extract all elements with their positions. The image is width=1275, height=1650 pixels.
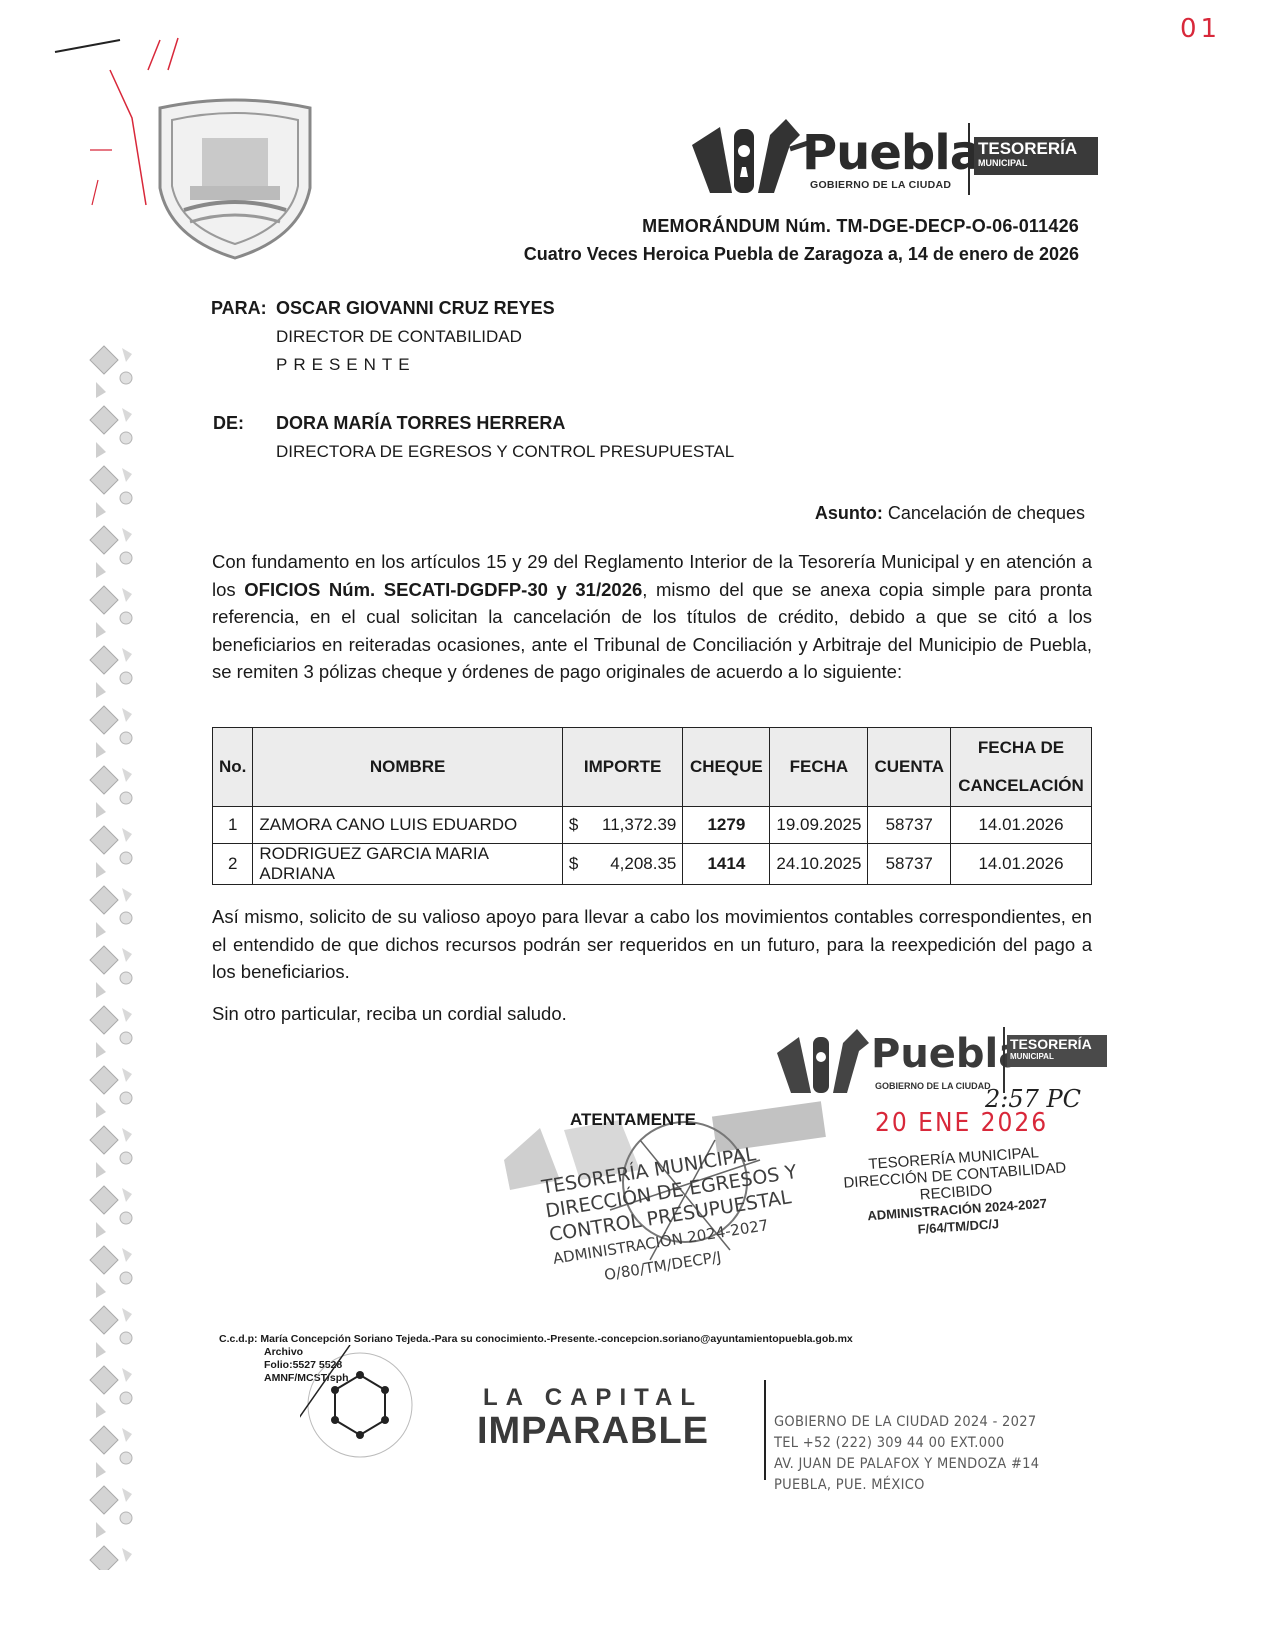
tesoreria-badge: TESORERÍA MUNICIPAL: [1007, 1035, 1107, 1067]
cell-cuenta: 58737: [868, 844, 951, 885]
col-fecha: FECHA: [770, 728, 868, 807]
badge-subtitle: MUNICIPAL: [1007, 1052, 1107, 1061]
cell-nombre: RODRIGUEZ GARCIA MARIA ADRIANA: [253, 844, 562, 885]
slogan-bottom: IMPARABLE: [448, 1412, 738, 1450]
ccp-label: C.c.d.p:: [219, 1333, 258, 1345]
cell-cheque: 1414: [683, 844, 770, 885]
logo-divider: [1003, 1027, 1005, 1093]
cell-fecha: 19.09.2025: [770, 807, 868, 844]
cell-cancelacion: 14.01.2026: [951, 807, 1092, 844]
col-fecha-cancelacion: FECHA DE CANCELACIÓN: [951, 728, 1092, 807]
sender-department-stamp: TESORERÍA MUNICIPAL DIRECCIÓN DE EGRESOS…: [500, 1100, 830, 1340]
cell-fecha: 24.10.2025: [770, 844, 868, 885]
col-nombre: NOMBRE: [253, 728, 562, 807]
cheques-table: No. NOMBRE IMPORTE CHEQUE FECHA CUENTA F…: [212, 727, 1092, 885]
address-line: GOBIERNO DE LA CIUDAD 2024 - 2027: [774, 1412, 1039, 1433]
phone-line: TEL +52 (222) 309 44 00 EXT.000: [774, 1433, 1039, 1454]
cell-cuenta: 58737: [868, 807, 951, 844]
amount: 11,372.39: [602, 815, 676, 835]
oficios-reference: OFICIOS Núm. SECATI-DGDFP-30 y 31/2026: [244, 579, 642, 600]
closing-atentamente: ATENTAMENTE: [570, 1110, 696, 1130]
decorative-border: [82, 340, 142, 1570]
sender-title: DIRECTORA DE EGRESOS Y CONTROL PRESUPUES…: [276, 442, 734, 462]
badge-subtitle: MUNICIPAL: [974, 158, 1098, 168]
tesoreria-badge: TESORERÍA MUNICIPAL: [974, 137, 1098, 175]
col-importe: IMPORTE: [562, 728, 683, 807]
slogan-top: LA CAPITAL: [448, 1384, 738, 1412]
logo-divider: [968, 123, 970, 195]
cell-no: 2: [213, 844, 253, 885]
page-marker: 01: [1180, 14, 1221, 44]
puebla-tesoreria-logo: Puebla GOBIERNO DE LA CIUDAD TESORERÍA M…: [690, 115, 1110, 205]
subject-line: Asunto: Cancelación de cheques: [815, 503, 1085, 524]
logo-subtitle: GOBIERNO DE LA CIUDAD: [875, 1081, 991, 1091]
badge-title: TESORERÍA: [974, 137, 1098, 158]
currency-symbol: $: [569, 815, 578, 835]
recipient-title: DIRECTOR DE CONTABILIDAD: [276, 327, 522, 347]
subject-label: Asunto:: [815, 503, 883, 523]
badge-title: TESORERÍA: [1007, 1035, 1107, 1052]
table-row: 2 RODRIGUEZ GARCIA MARIA ADRIANA $4,208.…: [213, 844, 1092, 885]
puebla-emblem-icon: [775, 1025, 875, 1095]
cell-importe: $11,372.39: [562, 807, 683, 844]
closing-line: Sin otro particular, reciba un cordial s…: [212, 1003, 567, 1025]
sender-label: DE:: [213, 413, 244, 434]
col-cancel-line1: FECHA DE: [957, 729, 1085, 767]
place-date: Cuatro Veces Heroica Puebla de Zaragoza …: [524, 244, 1079, 265]
body-paragraph-1: Con fundamento en los artículos 15 y 29 …: [212, 548, 1092, 686]
address-line: AV. JUAN DE PALAFOX Y MENDOZA #14: [774, 1454, 1039, 1475]
cell-cancelacion: 14.01.2026: [951, 844, 1092, 885]
recipient-label: PARA:: [211, 298, 267, 319]
cell-cheque: 1279: [683, 807, 770, 844]
la-capital-imparable-logo: LA CAPITAL IMPARABLE: [448, 1384, 738, 1454]
recipient-presente: PRESENTE: [276, 355, 416, 375]
footer-divider: [764, 1380, 766, 1480]
col-cancel-line2: CANCELACIÓN: [957, 767, 1085, 805]
received-date-stamp: 20 ENE 2026: [875, 1108, 1048, 1138]
cell-nombre: ZAMORA CANO LUIS EDUARDO: [253, 807, 562, 844]
sender-name: DORA MARÍA TORRES HERRERA: [276, 413, 565, 434]
memo-number: MEMORÁNDUM Núm. TM-DGE-DECP-O-06-011426: [642, 216, 1079, 237]
norma-igualdad-seal: [300, 1345, 420, 1465]
cell-importe: $4,208.35: [562, 844, 683, 885]
puebla-emblem-icon: [690, 115, 810, 195]
table-row: 1 ZAMORA CANO LUIS EDUARDO $11,372.39 12…: [213, 807, 1092, 844]
col-cuenta: CUENTA: [868, 728, 951, 807]
table-header-row: No. NOMBRE IMPORTE CHEQUE FECHA CUENTA F…: [213, 728, 1092, 807]
col-no: No.: [213, 728, 253, 807]
subject-value: Cancelación de cheques: [888, 503, 1085, 523]
city-seal: [150, 98, 320, 263]
amount: 4,208.35: [610, 854, 676, 874]
ccp-recipient: María Concepción Soriano Tejeda.-Para su…: [260, 1333, 852, 1345]
body-paragraph-2: Así mismo, solicito de su valioso apoyo …: [212, 903, 1092, 986]
received-stamp: TESORERÍA MUNICIPAL DIRECCIÓN DE CONTABI…: [823, 1141, 1088, 1244]
address-line: PUEBLA, PUE. MÉXICO: [774, 1475, 1039, 1496]
col-cheque: CHEQUE: [683, 728, 770, 807]
puebla-wordmark: Puebla: [802, 125, 981, 181]
recipient-name: OSCAR GIOVANNI CRUZ REYES: [276, 298, 555, 319]
cell-no: 1: [213, 807, 253, 844]
currency-symbol: $: [569, 854, 578, 874]
footer-address: GOBIERNO DE LA CIUDAD 2024 - 2027 TEL +5…: [774, 1412, 1039, 1496]
logo-subtitle: GOBIERNO DE LA CIUDAD: [810, 179, 951, 191]
